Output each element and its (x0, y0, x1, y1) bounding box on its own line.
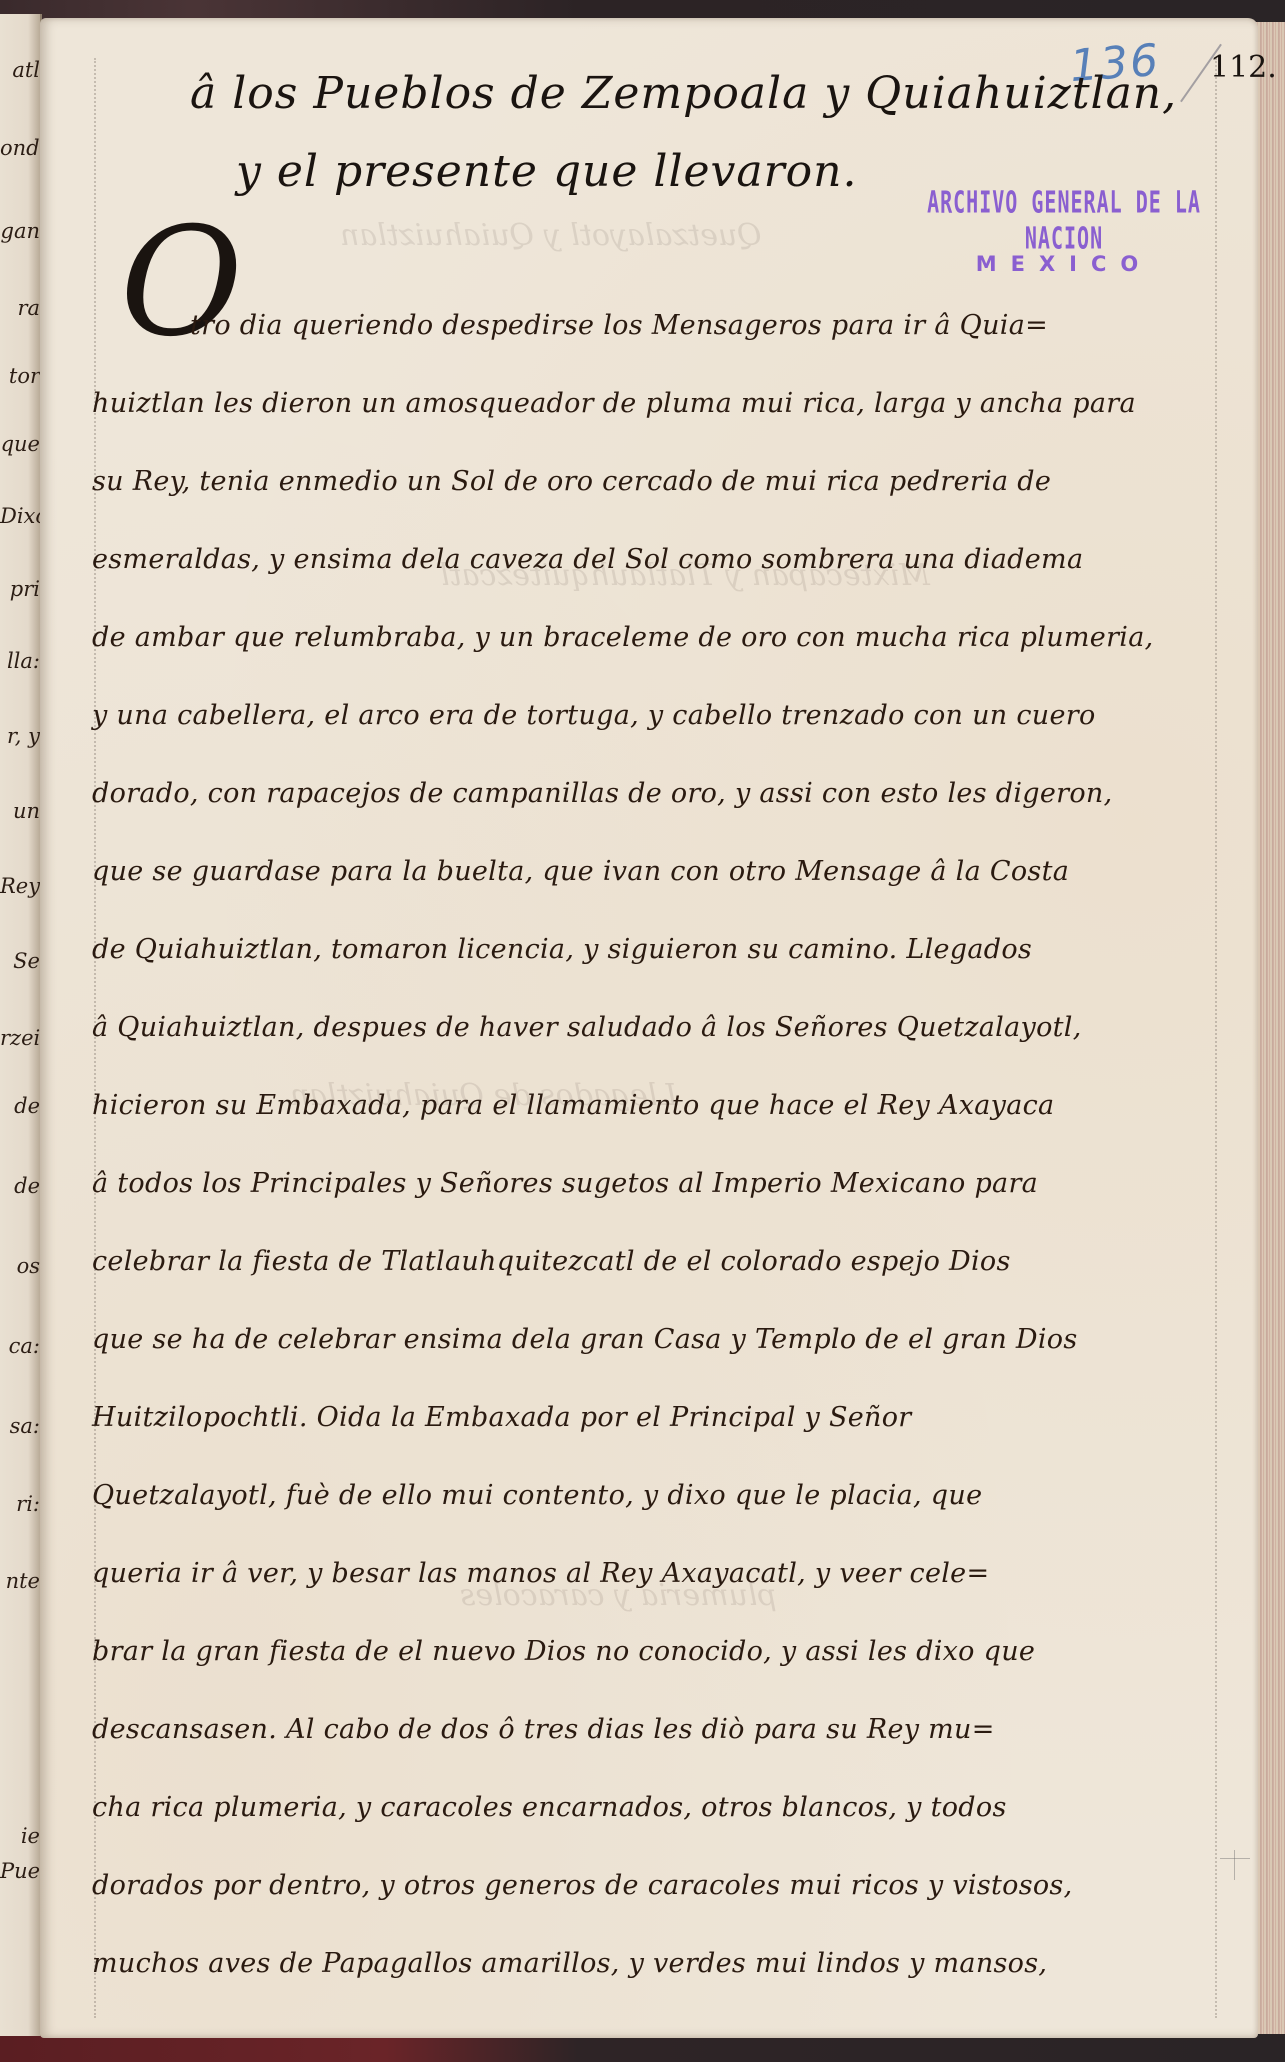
text-line: de Quiahuiztlan, tomaron licencia, y sig… (92, 934, 1032, 965)
facing-page-fragment: gan (0, 219, 40, 243)
facing-page-edge: atl ondi gan ra tor que Dixo pri lla: r,… (0, 14, 42, 2036)
text-line: Huitzilopochtli. Oida la Embaxada por el… (92, 1402, 911, 1433)
facing-page-fragment: Dixo (0, 504, 40, 528)
text-line: cha rica plumeria, y caracoles encarnado… (92, 1792, 1007, 1823)
facing-page-fragment: ondi (0, 136, 40, 160)
facing-page-fragment: atl (0, 58, 40, 82)
text-line: brar la gran fiesta de el nuevo Dios no … (92, 1636, 1035, 1667)
text-line: dorado, con rapacejos de campanillas de … (92, 778, 1112, 809)
facing-page-fragment: Se (0, 949, 40, 973)
facing-page-fragment: lla: (0, 649, 40, 673)
text-line: que se guardase para la buelta, que ivan… (92, 856, 1069, 887)
facing-page-fragment: tor (0, 364, 40, 388)
page-number: 112. (1210, 50, 1277, 85)
archive-stamp: ARCHIVO GENERAL DE LA NACION MEXICO (924, 196, 1204, 276)
facing-page-fragment: os (0, 1254, 40, 1278)
facing-page-fragment: que (0, 432, 40, 456)
chapter-heading-line-2: y el presente que llevaron. (236, 146, 858, 197)
stamp-archive-name: ARCHIVO GENERAL DE LA NACION (924, 184, 1204, 256)
facing-page-fragment: ie (0, 1824, 40, 1848)
facing-page-fragment: de (0, 1094, 40, 1118)
text-line: celebrar la fiesta de Tlatlauhquitezcatl… (92, 1246, 1011, 1277)
right-margin-rule (1215, 58, 1217, 2018)
text-line: queria ir â ver, y besar las manos al Re… (92, 1558, 989, 1589)
facing-page-fragment: sa: (0, 1414, 40, 1438)
facing-page-fragment: un (0, 799, 40, 823)
facing-page-fragment: r, y (0, 724, 40, 748)
facing-page-fragment: rzei (0, 1026, 40, 1050)
manuscript-page: Quetzalayotl y Quiahuiztlan Mixtecapan y… (40, 18, 1258, 2038)
facing-page-fragment: pri (0, 577, 40, 601)
text-line: que se ha de celebrar ensima dela gran C… (92, 1324, 1078, 1355)
text-line: descansasen. Al cabo de dos ô tres dias … (92, 1714, 995, 1745)
text-line: su Rey, tenia enmedio un Sol de oro cerc… (92, 466, 1051, 497)
text-line: y una cabellera, el arco era de tortuga,… (92, 700, 1096, 731)
facing-page-fragment: Rey (0, 874, 40, 898)
pencil-cross-mark (1220, 1850, 1250, 1880)
text-line: muchos aves de Papagallos amarillos, y v… (92, 1948, 1047, 1979)
text-line: â Quiahuiztlan, despues de haver saludad… (92, 1012, 1082, 1043)
book-binding-bottom (0, 2034, 1285, 2062)
facing-page-fragment: ca: (0, 1334, 40, 1358)
chapter-heading-line-1: â los Pueblos de Zempoala y Quiahuiztlan… (190, 68, 1177, 119)
facing-page-fragment: de (0, 1174, 40, 1198)
facing-page-fragment: ra (0, 296, 40, 320)
ink-bleed-through: Quetzalayotl y Quiahuiztlan (340, 218, 762, 253)
text-line: huiztlan les dieron un amosqueador de pl… (92, 388, 1136, 419)
text-line: de ambar que relumbraba, y un braceleте … (92, 622, 1154, 653)
facing-page-fragment: Pue (0, 1859, 40, 1883)
facing-page-fragment: nte (0, 1569, 40, 1593)
text-line: hicieron su Embaxada, para el llamamient… (92, 1090, 1054, 1121)
text-line: dorados por dentro, y otros generos de c… (92, 1870, 1072, 1901)
text-line: â todos los Principales y Señores sugeto… (92, 1168, 1038, 1199)
facing-page-fragment: ri: (0, 1492, 40, 1516)
text-line: tro dia queriendo despedirse los Mensage… (190, 310, 1048, 341)
text-line: Quetzalayotl, fuè de ello mui contento, … (92, 1480, 982, 1511)
text-line: esmeraldas, y ensima dela caveza del Sol… (92, 544, 1083, 575)
